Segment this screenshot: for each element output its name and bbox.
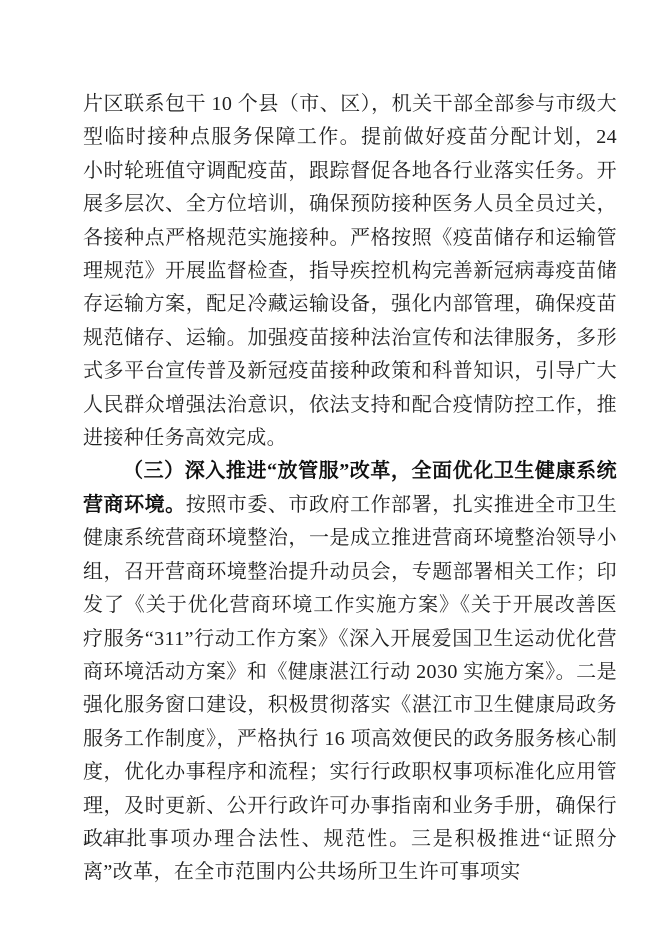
paragraph-text-run: 按照市委、市政府工作部署，扎实推进全市卫生健康系统营商环境整治，一是成立推进营商… — [83, 494, 617, 883]
paragraph-section-three: （三）深入推进“放管服”改革，全面优化卫生健康系统营商环境。按照市委、市政府工作… — [83, 455, 617, 889]
document-body: 片区联系包干 10 个县（市、区），机关干部全部参与市级大型临时接种点服务保障工… — [83, 88, 617, 890]
page-number: – 4 – — [84, 831, 133, 851]
paragraph-vaccination-continuation: 片区联系包干 10 个县（市、区），机关干部全部参与市级大型临时接种点服务保障工… — [83, 88, 617, 455]
document-page: 片区联系包干 10 个县（市、区），机关干部全部参与市级大型临时接种点服务保障工… — [0, 0, 672, 935]
paragraph-text-run: 片区联系包干 10 个县（市、区），机关干部全部参与市级大型临时接种点服务保障工… — [83, 93, 617, 449]
